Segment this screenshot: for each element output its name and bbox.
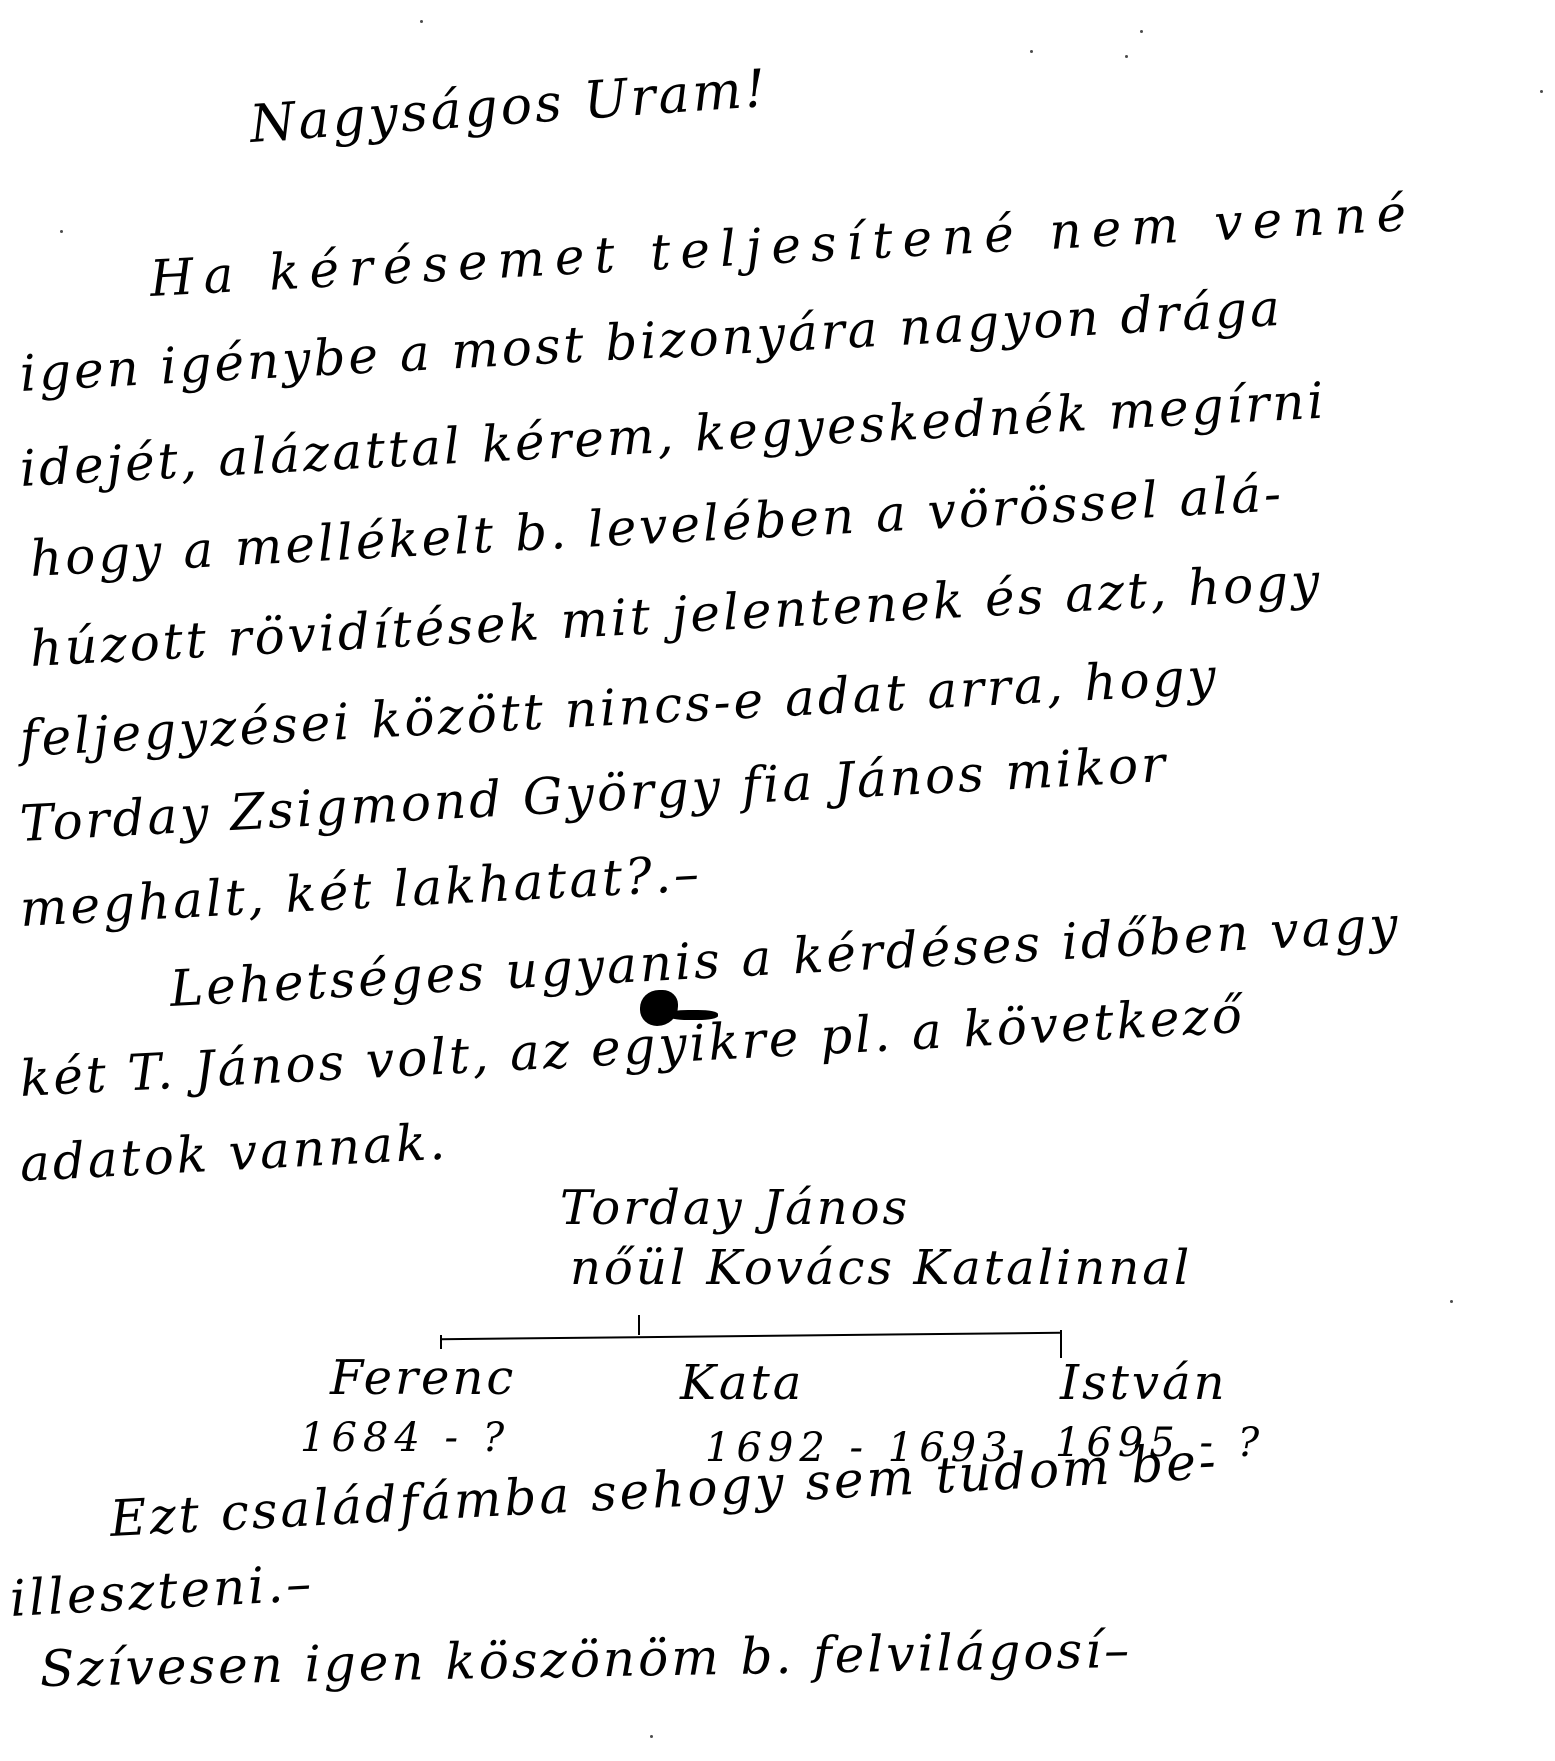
tree-parent-spouse: nőül Kovács Katalinnal bbox=[570, 1240, 1192, 1296]
scan-speck bbox=[1030, 50, 1033, 53]
scan-speck bbox=[1540, 90, 1543, 93]
scan-speck bbox=[1125, 55, 1128, 58]
scan-speck bbox=[60, 230, 63, 233]
closing-line-3: Szívesen igen köszönöm b. felvilágosí– bbox=[39, 1621, 1132, 1698]
tree-child-1-years: 1684 - ? bbox=[300, 1415, 510, 1461]
tree-tick-left bbox=[440, 1335, 442, 1349]
tree-tick-right bbox=[1060, 1330, 1062, 1358]
tree-parent-name: Torday János bbox=[560, 1180, 910, 1236]
closing-line-1: Ezt családfámba sehogy sem tudom be- bbox=[108, 1432, 1220, 1548]
closing-line-2: illeszteni.– bbox=[8, 1554, 315, 1628]
scan-speck bbox=[650, 1735, 653, 1738]
tree-tick-center bbox=[638, 1315, 640, 1335]
scan-speck bbox=[1140, 30, 1143, 33]
body-line-8: meghalt, két lakhatat?.– bbox=[18, 844, 703, 938]
tree-child-3-name: István bbox=[1060, 1355, 1228, 1411]
scan-speck bbox=[1450, 1300, 1453, 1303]
salutation: Nagyságos Uram! bbox=[248, 59, 770, 155]
ink-blot-tail bbox=[668, 1010, 718, 1020]
tree-child-1-name: Ferenc bbox=[330, 1350, 516, 1406]
letter-page: Nagyságos Uram! Ha kérésemet teljesítené… bbox=[0, 0, 1555, 1761]
tree-child-2-name: Kata bbox=[680, 1355, 804, 1411]
body-line-11: adatok vannak. bbox=[18, 1113, 449, 1193]
tree-branch-line bbox=[440, 1332, 1060, 1340]
scan-speck bbox=[420, 20, 423, 23]
